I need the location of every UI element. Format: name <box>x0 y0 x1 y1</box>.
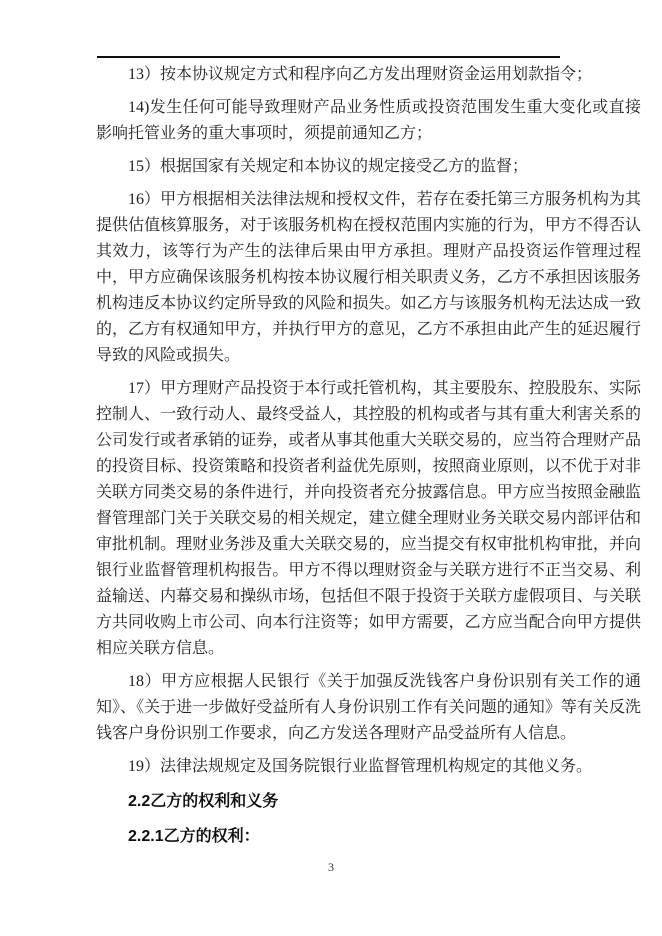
document-page: 13）按本协议规定方式和程序向乙方发出理财资金运用划款指令； 14)发生任何可能… <box>0 0 662 936</box>
clause-19: 19）法律法规规定及国务院银行业监督管理机构规定的其他义务。 <box>96 754 641 780</box>
clause-18: 18）甲方应根据人民银行《关于加强反洗钱客户身份识别有关工作的通知》、《关于进一… <box>96 669 641 747</box>
clause-16: 16）甲方根据相关法律法规和授权文件，若存在委托第三方服务机构为其提供估值核算服… <box>96 187 641 369</box>
header-rule <box>97 56 560 58</box>
page-number: 3 <box>0 860 662 874</box>
section-heading-2-2-1: 2.2.1乙方的权利： <box>96 824 641 850</box>
clause-14: 14)发生任何可能导致理财产品业务性质或投资范围发生重大变化或直接影响托管业务的… <box>96 95 641 147</box>
section-heading-2-2: 2.2乙方的权利和义务 <box>96 789 641 815</box>
page-content: 13）按本协议规定方式和程序向乙方发出理财资金运用划款指令； 14)发生任何可能… <box>96 62 641 858</box>
clause-17: 17）甲方理财产品投资于本行或托管机构，其主要股东、控股股东、实际控制人、一致行… <box>96 376 641 662</box>
clause-15: 15）根据国家有关规定和本协议的规定接受乙方的监督； <box>96 154 641 180</box>
clause-13: 13）按本协议规定方式和程序向乙方发出理财资金运用划款指令； <box>96 62 641 88</box>
